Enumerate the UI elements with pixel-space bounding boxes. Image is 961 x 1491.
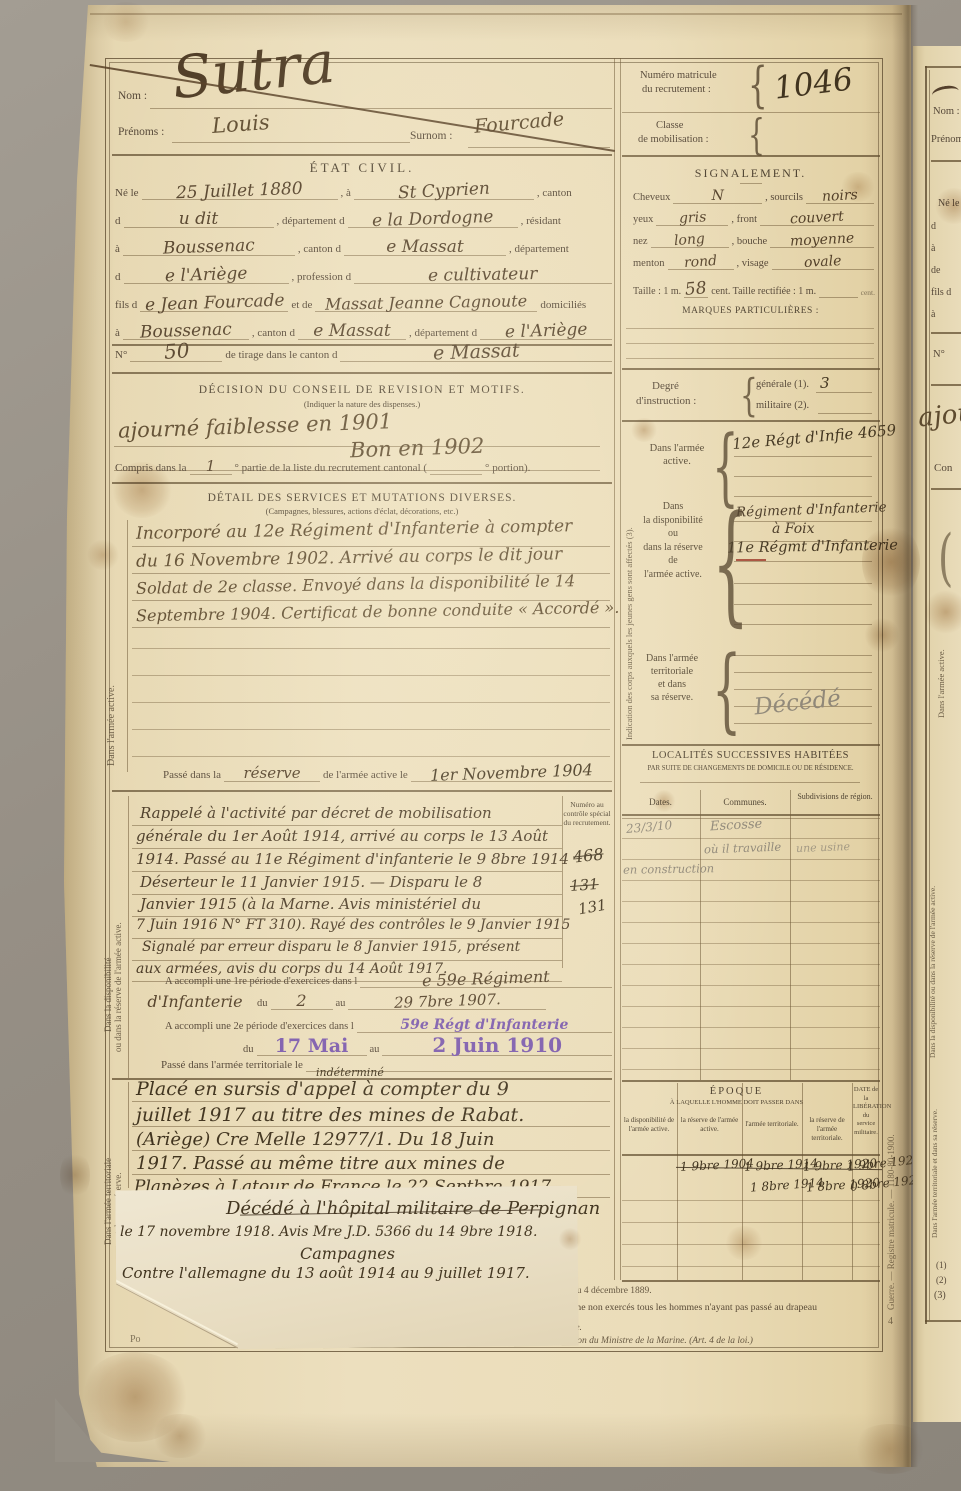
label-line: et dans	[628, 678, 716, 691]
section-rule	[112, 482, 612, 484]
printed-label: Taille : 1 m.	[630, 286, 684, 298]
handwritten-value: e Massat	[386, 239, 463, 256]
mobilisation-note-line: 1914. Passé au 11e Régiment d'infanterie…	[136, 850, 569, 868]
margin-divider	[128, 1082, 129, 1188]
handwritten-value: couvert	[790, 210, 844, 227]
tirage-canton-field: e Massat	[340, 343, 612, 362]
front-field: couvert	[760, 211, 874, 226]
taille-row: Taille : 1 m. 58 cent. Taille rectifiée …	[630, 278, 878, 298]
printed-label: domiciliés	[537, 299, 589, 312]
matricule-label-2: du recrutement :	[642, 84, 711, 95]
instruction-label-2: d'instruction :	[636, 395, 696, 407]
handwritten-value: Massat Jeanne Cagnoute	[325, 293, 527, 313]
printed-label: cent. Taille rectifiée : 1 m.	[708, 286, 819, 298]
visage-field: ovale	[772, 255, 874, 270]
printed-label: , sourcils	[762, 192, 806, 204]
corps-dispo-label: Dans la disponibilité ou dans la réserve…	[630, 500, 716, 581]
sursis-note-line: Placé en sursis d'appel à compter du 9	[136, 1078, 509, 1100]
controle-header: Numéro au contrôle spécial du recrutemen…	[562, 800, 612, 827]
services-title: DÉTAIL DES SERVICES ET MUTATIONS DIVERSE…	[112, 492, 612, 504]
brace-glyph: {	[748, 114, 765, 156]
printed-label: , canton d	[295, 243, 344, 256]
table-column-line	[790, 790, 791, 1080]
handwritten-value: rond	[683, 254, 717, 270]
handwritten-value: 2	[296, 993, 306, 1009]
handwritten-value: u dit	[179, 211, 219, 228]
next-rule	[931, 160, 961, 162]
etat-civil-line-1: Né le 25 Juillet 1880 , à St Cyprien , c…	[112, 176, 612, 200]
printed-label: Passé dans l'armée territoriale le	[158, 1059, 306, 1072]
printed-label: cent.	[858, 288, 878, 298]
next-footnote-2: (2)	[936, 1275, 947, 1285]
handwritten-value: 1	[206, 459, 216, 474]
departement-field: e l'Ariège	[124, 267, 289, 284]
section-rule	[622, 420, 880, 422]
printed-label: A accompli une 1re période d'exercices d…	[162, 976, 360, 988]
printed-label: ° portion).	[482, 462, 533, 475]
periode2-end-field: 2 Juin 1910	[382, 1035, 612, 1056]
signalement-title: SIGNALEMENT.	[621, 166, 880, 181]
col-header-subdivisions: Subdivisions de région.	[792, 792, 878, 802]
campagnes-title: Campagnes	[300, 1244, 395, 1263]
epoque-subtitle: À LAQUELLE L'HOMME DOIT PASSER DANS	[621, 1099, 852, 1106]
decision-subtitle: (Indiquer la nature des dispenses.)	[112, 399, 612, 409]
handwritten-value: e 59e Régiment	[422, 969, 550, 989]
nez-field: long	[651, 233, 729, 248]
label-line: sa réserve.	[628, 691, 716, 704]
etat-civil-line-3: à Boussenac , canton d e Massat , départ…	[112, 232, 612, 256]
label-line: l'armée active.	[630, 568, 716, 582]
controle-number: 468	[572, 844, 604, 866]
header-separator	[112, 154, 612, 156]
signalement-row-2: yeux gris , front couvert	[630, 210, 874, 226]
cheveux-field: N	[673, 189, 762, 204]
birth-date-field: 25 Juillet 1880	[142, 183, 338, 200]
next-rule	[931, 488, 961, 490]
localite-subdivision: une usine	[796, 840, 850, 855]
handwritten-value: 58	[685, 280, 708, 299]
prenoms-value: Louis	[211, 110, 270, 138]
table-column-line	[677, 1083, 678, 1280]
handwritten-value: e cultivateur	[428, 266, 538, 285]
printed-label: , profession d	[289, 271, 355, 284]
deces-note-line: Décédé à l'hôpital militaire de Perpigna…	[226, 1198, 600, 1219]
printed-label: nez	[630, 236, 651, 248]
handwritten-value: long	[674, 232, 706, 248]
label-line: territoriale	[628, 665, 716, 678]
section-rule	[622, 155, 880, 157]
next-footnote-1: (1)	[936, 1260, 947, 1270]
printed-label: menton	[630, 258, 668, 270]
footer-fragment-1: du 4 décembre 1889.	[572, 1286, 652, 1296]
col-header-dates: Dates.	[621, 797, 700, 807]
mobilisation-note-line: Déserteur le 11 Janvier 1915. — Disparu …	[140, 873, 482, 891]
next-rule	[931, 384, 961, 386]
next-side-disponibilite: Dans la disponibilité ou dans la réserve…	[928, 840, 937, 1058]
next-rule	[931, 332, 961, 334]
stamp-value: 59e Régt d'Infanterie	[400, 1018, 568, 1032]
instruction-generale-value: 3	[820, 374, 830, 392]
periode2-line2: du 17 Mai au 2 Juin 1910	[240, 1032, 612, 1056]
printed-label: , front	[728, 214, 760, 226]
sursis-note-line: 1917. Passé au même titre aux mines de	[136, 1153, 505, 1174]
next-fils-label: fils d	[931, 287, 951, 298]
compris-line: Compris dans la 1 ° partie de la liste d…	[112, 453, 612, 475]
periode1-line2: d'Infanterie du 2 au 29 7bre 1907.	[136, 988, 546, 1010]
periode2-regiment-field: 59e Régt d'Infanterie	[357, 1018, 612, 1033]
portion-field	[430, 474, 482, 475]
localite-commune: Escosse	[710, 817, 763, 835]
red-underline	[736, 559, 766, 561]
rule-line	[818, 413, 872, 414]
handwritten-value: e Massat	[433, 341, 520, 363]
handwritten-value: ovale	[804, 254, 842, 270]
birth-place-field: St Cyprien	[354, 183, 534, 200]
next-form-border-top	[925, 66, 961, 68]
epoque-date-col-header: DATE de la LIBÉRATION du service militai…	[853, 1086, 879, 1137]
printed-label: , résidant	[518, 215, 564, 228]
handwritten-value: e la Dordogne	[372, 209, 494, 230]
profession-field: e cultivateur	[354, 267, 612, 284]
nom-label: Nom :	[118, 90, 147, 102]
corps-territoriale-label: Dans l'armée territoriale et dans sa rés…	[628, 652, 716, 704]
side-label-territoriale: Dans l'armée territoriale	[103, 1085, 113, 1245]
handwritten-value: e l'Ariège	[165, 266, 248, 286]
corps-active-label: Dans l'armée active.	[644, 442, 710, 468]
services-subtitle: (Campagnes, blessures, actions d'éclat, …	[112, 506, 612, 516]
brace-glyph: {	[748, 62, 768, 110]
printed-label: , département	[506, 243, 572, 256]
taille-field: 58	[684, 281, 708, 298]
marques-title: MARQUES PARTICULIÈRES :	[621, 306, 880, 316]
localites-subtitle: PAR SUITE DE CHANGEMENTS DE DOMICILE OU …	[621, 765, 880, 772]
stamp-value: 2 Juin 1910	[432, 1035, 562, 1055]
printed-label: Compris dans la	[112, 462, 190, 475]
next-no-label: N°	[933, 349, 945, 360]
yeux-field: gris	[656, 211, 728, 226]
prenoms-label: Prénoms :	[118, 126, 164, 138]
next-nom-label: Nom :	[933, 106, 960, 117]
printed-label: , à	[338, 187, 354, 200]
next-rule-bottom	[925, 1320, 961, 1322]
next-form-border	[925, 66, 927, 1324]
reserve-date-field: 1er Novembre 1904	[411, 765, 612, 782]
menton-field: rond	[668, 255, 734, 270]
departement-field: e la Dordogne	[348, 211, 518, 228]
taille-rectifiee-field	[819, 297, 858, 298]
mobilisation-note-line: générale du 1er Août 1914, arrivé au cor…	[136, 827, 548, 845]
tirage-number-field: 50	[130, 341, 222, 362]
signalement-row-1: Cheveux N , sourcils noirs	[630, 188, 874, 204]
canton-field: u dit	[124, 211, 274, 228]
handwritten-value: Boussenac	[163, 237, 255, 257]
handwritten-value: 29 7bre 1907.	[394, 992, 501, 1011]
liste-partie-field: 1	[190, 459, 232, 475]
etat-civil-line-2: d u dit , département d e la Dordogne , …	[112, 204, 612, 228]
printed-label: , canton	[534, 187, 575, 200]
column-divider	[614, 58, 615, 1280]
document-scan: Nom : Sutra Prénoms : Louis Surnom : Fou…	[0, 0, 961, 1491]
surnom-label: Surnom :	[410, 130, 453, 142]
next-ne-label: Né le	[938, 198, 959, 209]
periode1-start-field: 2	[271, 993, 333, 1010]
printed-label: du	[254, 998, 271, 1010]
printed-label: N°	[112, 349, 130, 362]
label-line: ou	[630, 527, 716, 541]
table-column-line	[700, 790, 701, 1080]
printed-label: de l'armée active le	[320, 769, 411, 782]
controle-number: 131	[569, 875, 599, 895]
table-header-rule	[622, 814, 880, 816]
handwritten-value: 1er Novembre 1904	[430, 762, 593, 784]
printed-label: fils d	[112, 299, 140, 312]
epoque-title: ÉPOQUE	[621, 1086, 852, 1097]
section-rule	[622, 368, 880, 370]
deces-note-line: le 17 novembre 1918. Avis Mre J.D. 5366 …	[120, 1224, 537, 1240]
footer-fragment-4: tion du Ministre de la Marine. (Art. 4 d…	[572, 1336, 753, 1346]
mobilisation-note-line: Rappelé à l'activité par décret de mobil…	[140, 804, 492, 822]
margin-divider	[127, 520, 128, 772]
next-d-label: d	[931, 221, 936, 232]
next-a2-label: à	[931, 309, 935, 320]
section-rule	[622, 1280, 880, 1282]
prenoms-rule	[172, 142, 410, 143]
sursis-note-line: (Ariège) Cre Melle 12977/1. Du 18 Juin	[136, 1129, 494, 1150]
section-rule	[622, 744, 880, 746]
localites-title: LOCALITÉS SUCCESSIVES HABITÉES	[621, 750, 880, 761]
localite-commune-note: où il travaille	[704, 840, 782, 857]
side-label-disponibilite: Dans la disponibilité	[103, 822, 113, 1032]
handwritten-value: 50	[163, 340, 190, 362]
mobilisation-note-line: Janvier 1915 (à la Marne. Avis ministéri…	[140, 895, 481, 913]
classe-label: Classe	[656, 120, 683, 131]
handwritten-value: e Jean Fourcade	[144, 293, 284, 315]
paren-glyph: (	[938, 528, 953, 590]
section-rule	[622, 1080, 880, 1082]
handwritten-value: noirs	[822, 188, 858, 204]
localite-commune-note-2: en construction	[623, 861, 714, 877]
printed-label: au	[333, 998, 349, 1010]
signalement-row-3: nez long , bouche moyenne	[630, 232, 874, 248]
margin-divider	[128, 796, 129, 1078]
father-field: e Jean Fourcade	[140, 295, 288, 312]
handwritten-value: moyenne	[790, 231, 855, 248]
instruction-label: Degré	[652, 380, 679, 392]
under-sheet-edge	[90, 13, 902, 15]
handwritten-value: 25 Juillet 1880	[176, 181, 303, 202]
periode1-regiment2-field: d'Infanterie	[136, 994, 254, 1010]
matricule-label: Numéro matricule	[640, 70, 717, 81]
classe-label-2: de mobilisation :	[638, 134, 709, 145]
title-flourish	[740, 183, 762, 184]
canton-field: e Massat	[344, 239, 506, 256]
handwritten-value: d'Infanterie	[147, 994, 242, 1010]
label-line: Dans l'armée	[628, 652, 716, 665]
printed-label: Cheveux	[630, 192, 673, 204]
handwritten-value: St Cyprien	[398, 181, 491, 203]
epoque-col2-header: la réserve de l'armée active.	[678, 1116, 741, 1134]
sursis-note-line: juillet 1917 au titre des mines de Rabat…	[136, 1104, 524, 1126]
next-side-armee-active: Dans l'armée active.	[936, 598, 946, 718]
corps-dispo-value-3: 11e Régmt d'Infanterie	[727, 538, 898, 557]
side-label-armee-active: Dans l'armée active.	[106, 556, 117, 766]
section-rule	[112, 790, 612, 792]
next-de-label: de	[931, 265, 940, 276]
next-prenom-label: Prénom	[931, 134, 961, 145]
etat-civil-title: ÉTAT CIVIL.	[112, 160, 612, 176]
next-compris-label: Con	[934, 462, 952, 474]
mother-field: Massat Jeanne Cagnoute	[315, 295, 537, 312]
printed-label: Né le	[112, 187, 142, 200]
footer-fragment-2: mme non exercés tous les hommes n'ayant …	[566, 1302, 817, 1313]
printed-label: à	[112, 243, 123, 256]
handwritten-value: N	[712, 189, 724, 203]
label-line: Dans	[630, 500, 716, 514]
label-line: de	[630, 554, 716, 568]
printed-label: d	[112, 271, 124, 284]
mobilisation-note-line: 7 Juin 1916 N° FT 310). Rayé des contrôl…	[136, 917, 570, 933]
residence-field: Boussenac	[123, 239, 295, 256]
periode1-line1: A accompli une 1re période d'exercices d…	[162, 966, 612, 988]
margin-page-number: 4	[888, 1316, 893, 1327]
periode2-line1: A accompli une 2e période d'exercices da…	[162, 1011, 612, 1033]
instruction-generale-label: générale (1).	[756, 379, 809, 390]
bouche-field: moyenne	[770, 233, 874, 248]
etat-civil-line-5: fils d e Jean Fourcade et de Massat Jean…	[112, 288, 612, 312]
sourcils-field: noirs	[806, 189, 874, 204]
signalement-row-4: menton rond , visage ovale	[630, 254, 874, 270]
campagne-allemagne-line: Contre l'allemagne du 13 août 1914 au 9 …	[122, 1264, 530, 1282]
next-footnote-3: (3)	[934, 1290, 946, 1301]
periode1-regiment-field: e 59e Régiment	[360, 971, 612, 988]
side-label-reserve: ou dans la réserve de l'armée active.	[113, 800, 123, 1052]
etat-civil-line-4: d e l'Ariège , profession d e cultivateu…	[112, 260, 612, 284]
corps-dispo-value-2: à Foix	[772, 521, 815, 537]
brace-glyph: {	[712, 644, 741, 736]
printed-label: Passé dans la	[160, 769, 224, 782]
label-line: la disponibilité	[630, 514, 716, 528]
label-line: dans la réserve	[630, 541, 716, 555]
epoque-col1-header: la disponibilité de l'armée active.	[622, 1116, 676, 1134]
passe-territoriale-line: Passé dans l'armée territoriale le	[158, 1054, 612, 1072]
epoque-col3-header: l'armée territoriale.	[743, 1120, 801, 1129]
passe-reserve-line: Passé dans la réserve de l'armée active …	[160, 758, 612, 782]
section-rule	[112, 372, 612, 374]
instruction-militaire-label: militaire (2).	[756, 400, 809, 411]
decision-title: DÉCISION DU CONSEIL DE REVISION ET MOTIF…	[112, 384, 612, 396]
tirage-line: N° 50 de tirage dans le canton d e Massa…	[112, 336, 612, 362]
printed-label: , visage	[734, 258, 772, 270]
printed-label: , département d	[274, 215, 348, 228]
rule-line	[816, 392, 872, 393]
handwritten-value: réserve	[243, 766, 300, 781]
col-header-communes: Communes.	[700, 797, 790, 807]
next-ajourne-value: ajour	[917, 397, 961, 434]
next-side-territoriale: Dans l'armée territoriale et dans sa rés…	[930, 1086, 939, 1238]
margin-edition-imprint: Guerre. — Registre matricule. — 1180-80-…	[886, 1050, 896, 1310]
table-column-line	[742, 1083, 743, 1280]
decorative-rule	[640, 782, 860, 783]
printed-label: yeux	[630, 214, 656, 226]
printed-label: ° partie de la liste du recrutement cant…	[232, 462, 431, 475]
mobilisation-note-line: Signalé par erreur disparu le 8 Janvier …	[142, 939, 520, 955]
next-a-label: à	[931, 243, 935, 254]
handwritten-value: gris	[678, 210, 706, 225]
printed-label: de tirage dans le canton d	[222, 349, 340, 362]
epoque-col4-header: la réserve de l'armée territoriale.	[803, 1116, 851, 1143]
reserve-field: réserve	[224, 766, 320, 782]
printed-label: et de	[288, 299, 315, 312]
periode1-end-field: 29 7bre 1907.	[348, 994, 546, 1010]
printed-label: , bouche	[729, 236, 771, 248]
printed-label: d	[112, 215, 124, 228]
